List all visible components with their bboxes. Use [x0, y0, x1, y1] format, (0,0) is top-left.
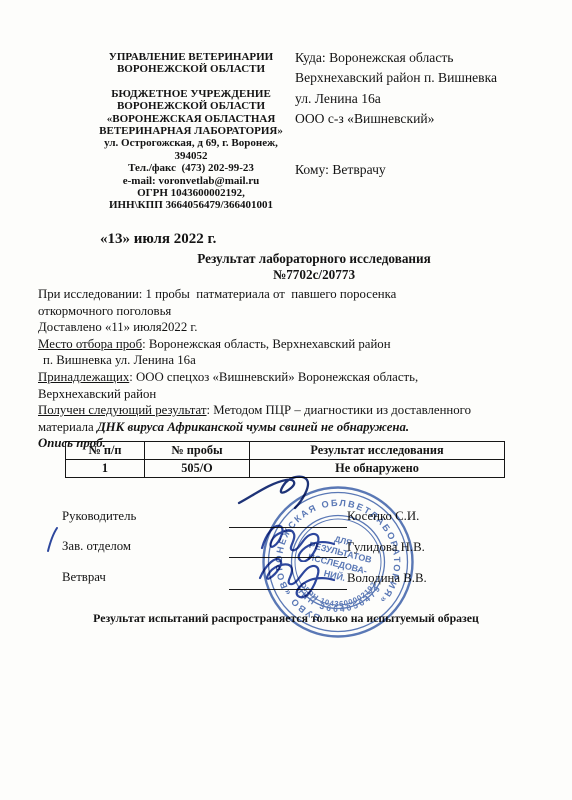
org-ogrn: ОГРН 1043600002192, [50, 187, 332, 199]
signature-role-dept-head: Зав. отделом [62, 539, 131, 554]
owner-label: Принадлежащих [38, 370, 129, 384]
study-description-line: откормочного поголовья [38, 303, 543, 320]
org-phone: Тел./факс (473) 202-99-23 [50, 162, 332, 174]
owner-value: : ООО спецхоз «Вишневский» Воронежская о… [129, 370, 418, 384]
result-line2: материала ДНК вируса Африканской чумы св… [38, 419, 543, 436]
org-postcode: 394052 [50, 150, 332, 162]
document-date: «13» июля 2022 г. [100, 231, 216, 248]
signature-role-director: Руководитель [62, 509, 136, 524]
org-line: ВОРОНЕЖСКОЙ ОБЛАСТИ [50, 100, 332, 112]
stamp-center-text: ДЛЯ РЕЗУЛЬТАТОВ ИССЛЕДОВА- НИЙ. [302, 528, 376, 588]
result-method: : Методом ПЦР – диагностики из доставлен… [207, 403, 472, 417]
owner-line: Принадлежащих: ООО спецхоз «Вишневский» … [38, 369, 543, 386]
recipient-line: Верхнехавский район п. Вишневка [295, 68, 563, 88]
sender-letterhead: УПРАВЛЕНИЕ ВЕТЕРИНАРИИ ВОРОНЕЖСКОЙ ОБЛАС… [50, 51, 332, 212]
sampling-place-label: Место отбора проб [38, 337, 142, 351]
result-label: Получен следующий результат [38, 403, 207, 417]
delivered-line: Доставлено «11» июля2022 г. [38, 319, 543, 336]
recipient-line: ООО с-з «Вишневский» [295, 109, 563, 129]
signature-role-veterinarian: Ветврач [62, 570, 106, 585]
document-title-block: Результат лабораторного исследования №77… [58, 251, 570, 284]
col-header-sample-id: № пробы [145, 442, 250, 460]
sampling-place-line2: п. Вишневка ул. Ленина 16а [38, 352, 543, 369]
org-email: e-mail: voronvetlab@mail.ru [50, 175, 332, 187]
cell-row-number: 1 [66, 460, 145, 478]
document-number: №7702с/20773 [58, 267, 570, 283]
col-header-result: Результат исследования [250, 442, 505, 460]
scanned-lab-report-document: УПРАВЛЕНИЕ ВЕТЕРИНАРИИ ВОРОНЕЖСКОЙ ОБЛАС… [0, 0, 572, 800]
official-round-stamp: БУВО «ВОРОНЕЖСКАЯ ОБЛВЕТЛАБОРАТОРИЯ» ИНН… [252, 476, 424, 648]
recipient-block: Куда: Воронежская область Верхнехавский … [295, 48, 563, 180]
pen-tick-mark [44, 526, 60, 554]
owner-line2: Верхнехавский район [38, 386, 543, 403]
org-line: БЮДЖЕТНОЕ УЧРЕЖДЕНИЕ [50, 88, 332, 100]
sampling-place-value: : Воронежская область, Верхнехавский рай… [142, 337, 390, 351]
org-line: ВЕТЕРИНАРНАЯ ЛАБОРАТОРИЯ» [50, 125, 332, 137]
org-inn-kpp: ИНН\КПП 3664056479/366401001 [50, 199, 332, 211]
recipient-attention: Кому: Ветврачу [295, 160, 563, 180]
recipient-line: ул. Ленина 16а [295, 89, 563, 109]
org-address-line: ул. Острогожская, д 69, г. Воронеж, [50, 137, 332, 149]
study-description-line: При исследовании: 1 пробы патматериала о… [38, 286, 543, 303]
authority-line: ВОРОНЕЖСКОЙ ОБЛАСТИ [50, 63, 332, 75]
document-title: Результат лабораторного исследования [58, 251, 570, 267]
document-body: При исследовании: 1 пробы патматериала о… [38, 286, 543, 452]
result-line: Получен следующий результат: Методом ПЦР… [38, 402, 543, 419]
recipient-line: Куда: Воронежская область [295, 48, 563, 68]
sampling-place-line: Место отбора проб: Воронежская область, … [38, 336, 543, 353]
col-header-number: № п/п [66, 442, 145, 460]
result-conclusion: ДНК вируса Африканской чумы свиней не об… [97, 420, 409, 434]
table-header-row: № п/п № пробы Результат исследования [66, 442, 505, 460]
result-material: материала [38, 420, 97, 434]
authority-line: УПРАВЛЕНИЕ ВЕТЕРИНАРИИ [50, 51, 332, 63]
cell-sample-id: 505/О [145, 460, 250, 478]
org-line: «ВОРОНЕЖСКАЯ ОБЛАСТНАЯ [50, 113, 332, 125]
